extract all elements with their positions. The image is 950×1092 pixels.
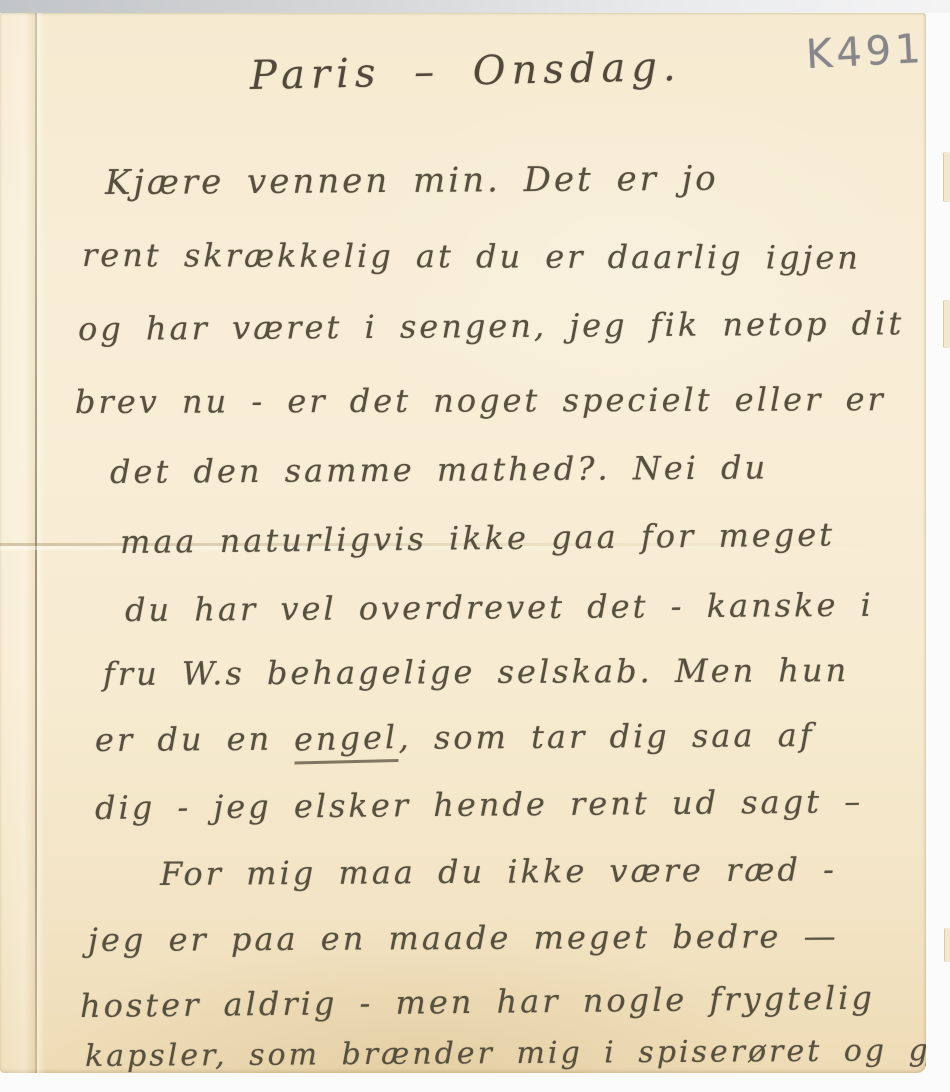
handwritten-line-12: jeg er paa en maade meget bedre —: [88, 917, 839, 959]
handwritten-line-9: er du en engel, som tar dig saa af: [95, 716, 815, 765]
handwritten-line-14: kapsler, som brænder mig i spiserøret og…: [85, 1033, 926, 1073]
letter-sheet: Paris – Onsdag. Kjære vennen min. Det er…: [0, 13, 926, 1073]
line-9-post: , som tar dig saa af: [398, 716, 814, 757]
scan-top-edge: [0, 0, 950, 13]
handwritten-line-8: fru W.s behagelige selskab. Men hun: [103, 651, 849, 693]
handwritten-line-1: Kjære vennen min. Det er jo: [105, 159, 719, 203]
handwritten-line-10: dig - jeg elsker hende rent ud sagt –: [95, 782, 863, 827]
underlined-word: engel: [294, 718, 399, 765]
line-9-pre: er du en: [95, 720, 295, 759]
handwritten-line-11: For mig maa du ikke være ræd -: [160, 850, 837, 893]
second-sheet-edge-bottom: [944, 928, 950, 962]
handwritten-line-5: det den samme mathed?. Nei du: [110, 448, 768, 491]
handwritten-line-13: hoster aldrig - men har nogle frygtelig: [80, 979, 875, 1025]
handwritten-line-6: maa naturligvis ikke gaa for meget: [120, 516, 835, 561]
second-sheet-edge-top: [943, 152, 950, 202]
second-sheet-edge-middle: [943, 300, 950, 348]
handwritten-line-7: du har vel overdrevet det - kanske i: [125, 586, 874, 629]
handwritten-line-4: brev nu - er det noget specielt eller er: [75, 380, 886, 421]
handwritten-line-3: og har været i sengen, jeg fik netop dit: [78, 304, 905, 348]
archival-code: K491: [805, 26, 926, 78]
handwritten-line-2: rent skrækkelig at du er daarlig igjen: [82, 236, 861, 277]
letter-heading: Paris – Onsdag.: [250, 44, 683, 99]
scanned-letter-page: Paris – Onsdag. Kjære vennen min. Det er…: [0, 0, 950, 1092]
